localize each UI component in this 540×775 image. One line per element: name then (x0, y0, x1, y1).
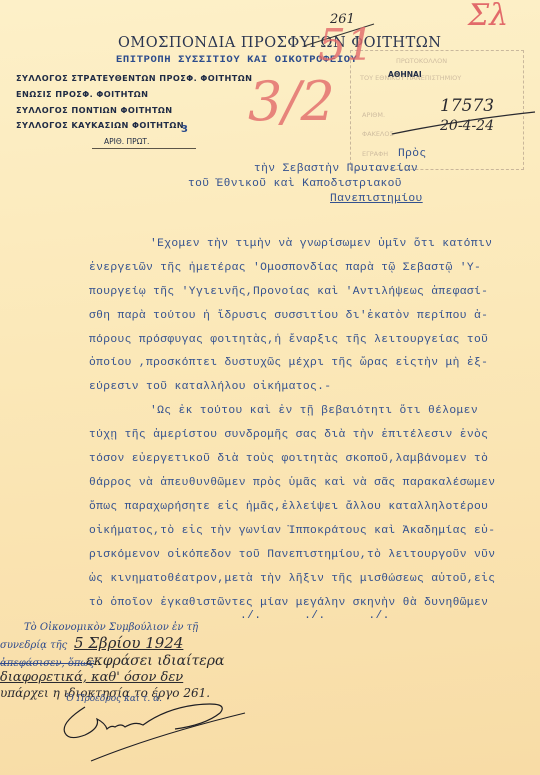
recipient-line: τὴν Σεβαστὴν Πρυτανείαν (254, 163, 418, 175)
stamp-faint-text: ΤΟΥ ΕΘΝΙΚΟΥ ΠΑΝΕΠΙΣΤΗΜΙΟΥ (360, 74, 461, 82)
body-line: ἐνεργειῶν τῆς ἡμετέρας 'Ομοσπονδίας παρὰ… (89, 262, 481, 274)
stamp-faint-text: ΑΡΙΘΜ. (362, 111, 385, 119)
association-line: ΕΝΩΣΙΣ ΠΡΟΣΦ. ΦΟΙΤΗΤΩΝ (16, 89, 148, 99)
council-note-handwritten: διαφορετικά, καθ' όσον δεν (0, 670, 183, 685)
body-line: ὅπως παραχωρήσητε εἰς ἡμᾶς,ἐλλείψει ἄλλο… (89, 501, 488, 513)
signature (55, 695, 255, 765)
body-line: τύχῃ τῆς ἀμερίστου συνδρομῆς σας διὰ τὴν… (89, 429, 488, 441)
council-note-struck: ἀπεφάσισεν, ὅπως (0, 658, 94, 669)
body-line: πόρους πρόσφυγας φοιτητὰς,ἡ ἔναρξις τῆς … (89, 334, 488, 346)
red-fraction-annotation: 3/2 (248, 70, 335, 133)
body-line: σθη παρὰ τούτου ἡ ἵδρυσις συσσιτίου δι'ἑ… (89, 310, 488, 322)
recipient-to: Πρὸς (398, 148, 427, 160)
body-line: εύρεσιν τοῦ καταλλήλου οἰκήματος.- (89, 381, 331, 393)
red-mark-annotation: Σλ (468, 0, 508, 33)
council-decision-date: 5 Σβρίου 1924 (74, 634, 183, 652)
stamp-faint-text: ΦΑΚΕΛΟΣ (362, 130, 394, 138)
continuation-marks: ./. ./. ./. (240, 610, 390, 622)
council-note-handwritten: εκφράσει ιδιαίτερα (86, 653, 224, 669)
body-line: ὁποίου ,προσκόπτει δυστυχῶς μέχρι τῆς ὥρ… (89, 357, 488, 369)
association-line: ΣΥΛΛΟΓΟΣ ΣΤΡΑΤΕΥΘΕΝΤΩΝ ΠΡΟΣΦ. ΦΟΙΤΗΤΩΝ (16, 73, 252, 83)
stamp-faint-text: ΕΓΡΑΦΗ (362, 150, 388, 158)
body-line: τόσον εὐεργετικοῦ διὰ τοὺς φοιτητὰς σκοπ… (89, 453, 488, 465)
body-line: ὡς κινηματοθέατρον,μετὰ τὴν λῆξιν τῆς μι… (89, 573, 495, 585)
body-line: ρισκόμενον οἰκόπεδον τοῦ Πανεπιστημίου,τ… (89, 549, 495, 561)
recipient-line: τοῦ Ἐθνικοῦ καὶ Καποδιστριακοῦ (188, 178, 402, 190)
body-line: οἰκήματος,τὸ εἰς τὴν γωνίαν Ἱπποκράτους … (89, 525, 495, 537)
council-note-line: συνεδρίᾳ τῆς (0, 640, 67, 651)
association-line: ΣΥΛΛΟΓΟΣ ΚΑΥΚΑΣΙΩΝ ΦΟΙΤΗΤΩΝ (16, 120, 184, 130)
body-line: 'Εχομεν τὴν τιμὴν νὰ γνωρίσωμεν ὑμῖν ὅτι… (150, 238, 492, 250)
protocol-number: 3 (181, 124, 188, 135)
red-number-annotation: 51 (318, 20, 374, 71)
body-line: πουργείῳ τῆς 'Υγιεινῆς,Προνοίας καὶ 'Αντ… (89, 286, 488, 298)
council-note-line: Τὸ Οἰκονομικὸν Συμβούλιον ἐν τῇ (24, 622, 198, 633)
protocol-rule (92, 148, 196, 149)
letterhead-title: ΟΜΟΣΠΟΝΔΙΑ ΠΡΟΣΦΥΓΩΝ ΦΟΙΤΗΤΩΝ (118, 35, 441, 51)
protocol-label: ΑΡΙΘ. ΠΡΩΤ. (104, 137, 149, 146)
body-line: θάρρος νὰ ἀπευθυνθῶμεν πρὸς ὑμᾶς καὶ νὰ … (89, 477, 495, 489)
recipient-line: Πανεπιστημίου (330, 193, 423, 205)
body-line: 'Ως ἐκ τούτου καὶ ἐν τῇ βεβαιότητι ὅτι θ… (150, 405, 478, 417)
association-line: ΣΥΛΛΟΓΟΣ ΠΟΝΤΙΩΝ ΦΟΙΤΗΤΩΝ (16, 105, 173, 115)
body-line: τὸ ὁποῖον ἐγκαθιστῶντες μίαν μεγάλην σκη… (89, 597, 488, 609)
stamp-date: 20-4-24 (440, 118, 494, 134)
stamp-faint-text: ΠΡΩΤΟΚΟΛΛΟΝ (396, 57, 447, 65)
letter-page: ΟΜΟΣΠΟΝΔΙΑ ΠΡΟΣΦΥΓΩΝ ΦΟΙΤΗΤΩΝ ΕΠΙΤΡΟΠΗ Σ… (0, 0, 540, 775)
